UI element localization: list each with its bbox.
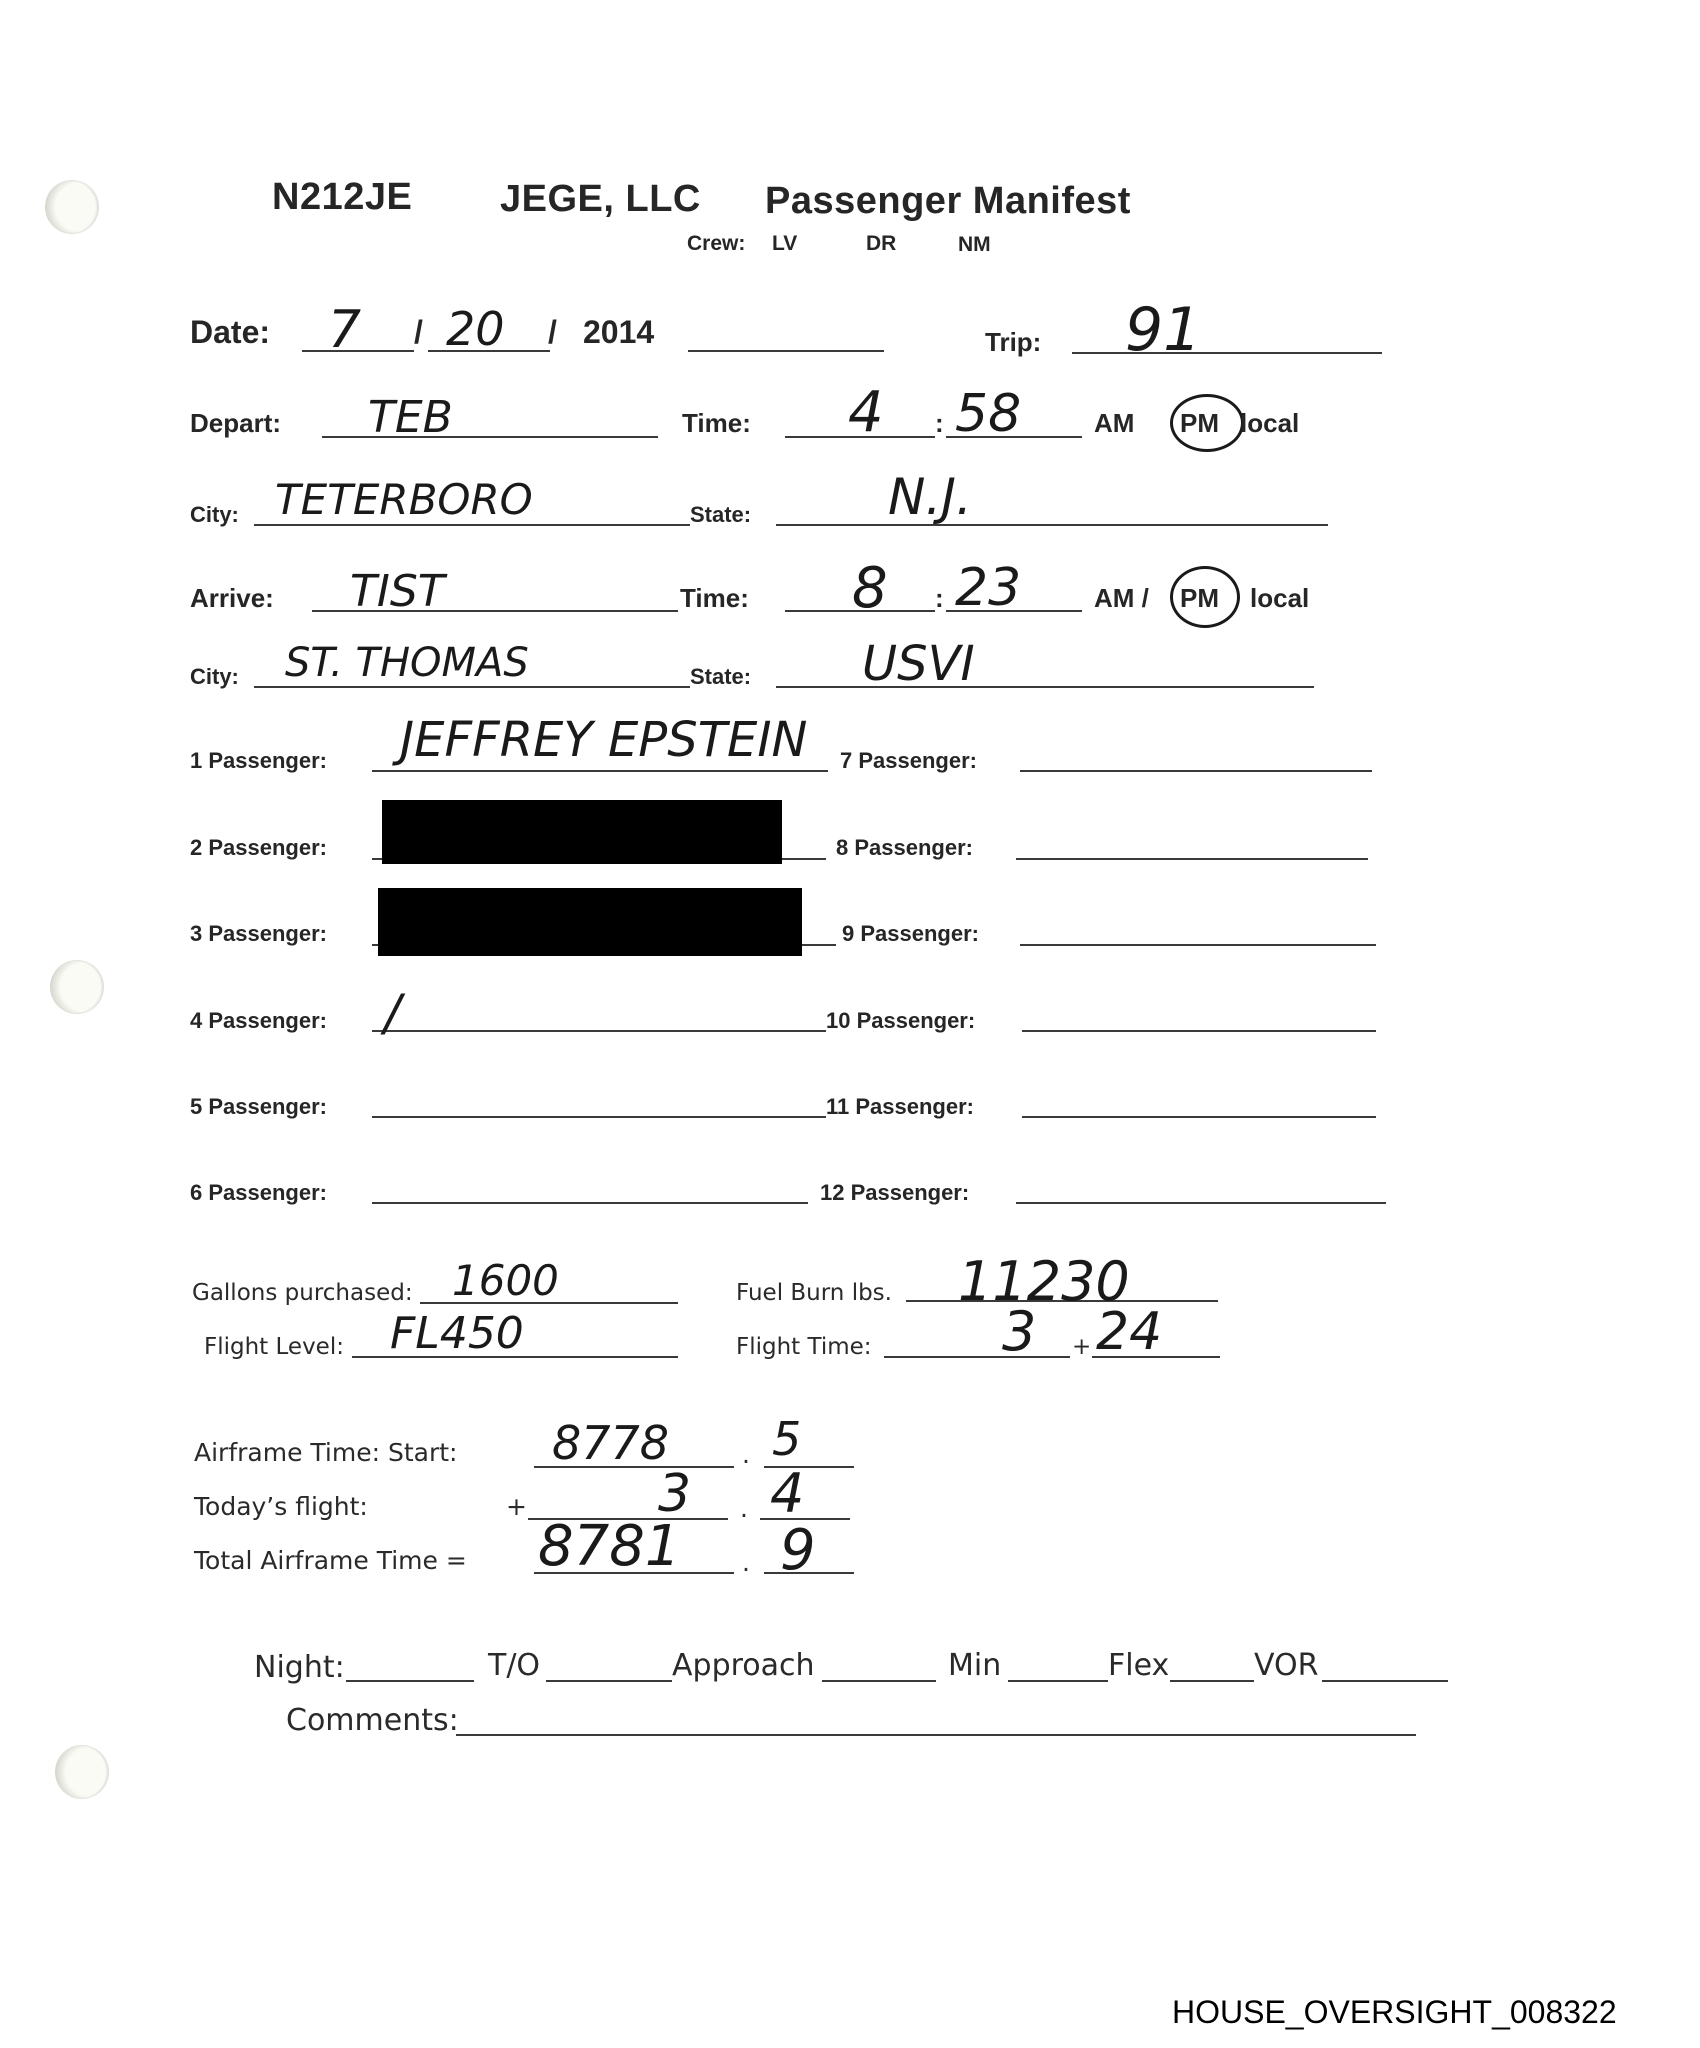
arrive-state-line	[776, 686, 1314, 688]
company-name: JEGE, LLC	[500, 178, 701, 221]
flight-level-label: Flight Level:	[204, 1334, 344, 1360]
date-separator: /	[548, 314, 557, 351]
comments-line[interactable]	[456, 1734, 1416, 1736]
passenger-5-line	[372, 1116, 826, 1118]
decimal-point: .	[742, 1548, 750, 1577]
arrive-am-option[interactable]: AM /	[1094, 583, 1149, 614]
arrive-city-field[interactable]: ST. THOMAS	[285, 640, 529, 686]
flight-time-plus: +	[1072, 1334, 1091, 1360]
flight-level-field[interactable]: FL450	[390, 1308, 524, 1359]
date-month-field[interactable]: 7	[328, 300, 361, 360]
passenger-9-label: 9 Passenger:	[842, 921, 979, 947]
gallons-purchased-label: Gallons purchased:	[192, 1280, 413, 1306]
binder-hole-top	[45, 180, 99, 234]
arrive-city-label: City:	[190, 664, 239, 690]
airframe-start-label: Airframe Time: Start:	[194, 1438, 457, 1467]
page-title: Passenger Manifest	[765, 180, 1131, 223]
airframe-start-tenth-field[interactable]: 5	[772, 1412, 801, 1466]
passenger-8-line	[1016, 858, 1368, 860]
pm-selected-circle	[1170, 394, 1244, 452]
passenger-2-label: 2 Passenger:	[190, 835, 327, 861]
time-colon: :	[935, 408, 944, 439]
passenger-7-line	[1020, 770, 1372, 772]
local-label: local	[1250, 583, 1309, 614]
todays-flight-label: Today’s flight:	[194, 1492, 368, 1521]
flight-time-hours-line	[884, 1356, 1070, 1358]
date-extra-line	[688, 350, 884, 352]
depart-minute-field[interactable]: 58	[955, 384, 1021, 444]
takeoff-line	[546, 1680, 672, 1682]
passenger-10-line	[1022, 1030, 1376, 1032]
pm-selected-circle	[1170, 566, 1240, 628]
date-label: Date:	[190, 314, 270, 351]
date-separator: /	[414, 314, 423, 351]
passenger-6-line	[372, 1202, 808, 1204]
gallons-purchased-field[interactable]: 1600	[452, 1256, 559, 1305]
flight-time-label: Flight Time:	[736, 1334, 872, 1360]
vor-label: VOR	[1254, 1648, 1318, 1683]
night-line	[346, 1680, 474, 1682]
total-airframe-tenth-field[interactable]: 9	[780, 1518, 816, 1583]
crew-member-3: NM	[958, 233, 991, 257]
arrive-time-label: Time:	[680, 583, 749, 614]
crew-member-1: LV	[772, 232, 797, 256]
passenger-4-line	[372, 1030, 826, 1032]
approach-line	[822, 1680, 936, 1682]
depart-time-label: Time:	[682, 408, 751, 439]
depart-city-field[interactable]: TETERBORO	[275, 475, 533, 524]
approach-label: Approach	[672, 1648, 815, 1683]
trip-line	[1072, 352, 1382, 354]
passenger-8-label: 8 Passenger:	[836, 835, 973, 861]
night-label: Night:	[254, 1650, 345, 1685]
vor-line	[1322, 1680, 1448, 1682]
decimal-point: .	[742, 1440, 750, 1469]
passenger-3-label: 3 Passenger:	[190, 921, 327, 947]
tail-number: N212JE	[272, 176, 412, 219]
time-colon: :	[935, 583, 944, 614]
depart-state-line	[776, 524, 1328, 526]
arrive-airport-field[interactable]: TIST	[350, 566, 445, 617]
passenger-9-line	[1020, 944, 1376, 946]
passenger-3-redaction	[378, 888, 802, 956]
flex-line	[1170, 1680, 1254, 1682]
arrive-city-line	[254, 686, 690, 688]
arrive-minute-field[interactable]: 23	[955, 558, 1021, 618]
flight-time-minutes-field[interactable]: 24	[1096, 1302, 1162, 1362]
trip-number-field[interactable]: 91	[1125, 295, 1201, 365]
depart-am-option[interactable]: AM	[1094, 408, 1134, 439]
total-airframe-label: Total Airframe Time =	[194, 1546, 467, 1575]
passenger-1-line	[372, 770, 828, 772]
depart-city-label: City:	[190, 502, 239, 528]
depart-state-field[interactable]: N.J.	[888, 468, 972, 526]
arrive-label: Arrive:	[190, 583, 274, 614]
local-label: local	[1240, 408, 1299, 439]
flight-time-hours-field[interactable]: 3	[1002, 1300, 1036, 1363]
passenger-11-label: 11 Passenger:	[826, 1094, 974, 1120]
min-line	[1008, 1680, 1108, 1682]
decimal-point: .	[740, 1494, 748, 1523]
passenger-7-label: 7 Passenger:	[840, 748, 977, 774]
crew-member-2: DR	[866, 232, 896, 256]
total-airframe-whole-field[interactable]: 8781	[538, 1514, 681, 1579]
passenger-6-label: 6 Passenger:	[190, 1180, 327, 1206]
trip-label: Trip:	[985, 327, 1041, 358]
depart-label: Depart:	[190, 408, 281, 439]
takeoff-label: T/O	[488, 1648, 540, 1683]
passenger-12-line	[1016, 1202, 1386, 1204]
depart-hour-field[interactable]: 4	[848, 380, 884, 445]
passenger-11-line	[1022, 1116, 1376, 1118]
fuel-burn-label: Fuel Burn lbs.	[736, 1280, 892, 1306]
passenger-1-label: 1 Passenger:	[190, 748, 327, 774]
todays-flight-tenth-field[interactable]: 4	[770, 1462, 804, 1525]
flex-label: Flex	[1108, 1648, 1169, 1683]
passenger-12-label: 12 Passenger:	[820, 1180, 969, 1206]
passenger-4-label: 4 Passenger:	[190, 1008, 327, 1034]
min-label: Min	[948, 1648, 1001, 1683]
arrive-state-label: State:	[690, 664, 751, 690]
comments-label: Comments:	[286, 1703, 459, 1738]
depart-city-line	[254, 524, 690, 526]
passenger-4-field[interactable]: /	[384, 984, 401, 1042]
passenger-2-redaction	[382, 800, 782, 864]
date-day-field[interactable]: 20	[446, 302, 505, 356]
binder-hole-middle	[50, 960, 104, 1014]
airframe-start-whole-field[interactable]: 8778	[552, 1416, 669, 1470]
bates-number: HOUSE_OVERSIGHT_008322	[1172, 1994, 1617, 2031]
passenger-10-label: 10 Passenger:	[826, 1008, 975, 1034]
crew-label: Crew:	[687, 232, 745, 256]
passenger-5-label: 5 Passenger:	[190, 1094, 327, 1120]
arrive-hour-field[interactable]: 8	[852, 556, 888, 621]
binder-hole-bottom	[55, 1745, 109, 1799]
plus-sign: +	[506, 1492, 527, 1521]
date-year: 2014	[583, 314, 654, 351]
depart-state-label: State:	[690, 502, 751, 528]
passenger-1-field[interactable]: JEFFREY EPSTEIN	[400, 712, 807, 768]
depart-airport-field[interactable]: TEB	[368, 392, 453, 443]
arrive-state-field[interactable]: USVI	[862, 636, 975, 692]
